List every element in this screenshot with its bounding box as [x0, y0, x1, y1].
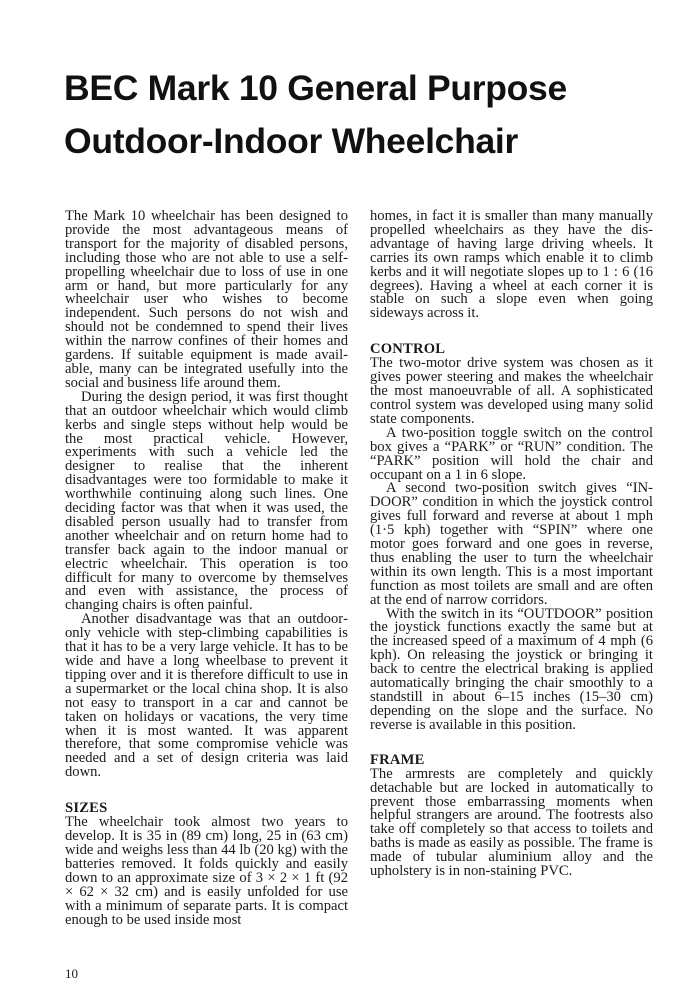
- title-line-1: BEC Mark 10 General Purpose: [64, 68, 567, 108]
- control-paragraph: The two-motor drive system was chosen as…: [370, 357, 653, 427]
- outdoor-paragraph: With the switch in its “OUTDOOR” positio…: [370, 608, 653, 733]
- frame-paragraph: The armrests are completely and quickly …: [370, 768, 653, 879]
- page-title: BEC Mark 10 General Purpose Outdoor-Indo…: [64, 62, 567, 168]
- design-period-paragraph: During the design period, it was first t…: [65, 391, 348, 614]
- sizes-paragraph: The wheelchair took almost two years to …: [65, 816, 348, 927]
- left-column: The Mark 10 wheelchair has been designed…: [65, 210, 348, 927]
- page-number: 10: [65, 966, 78, 982]
- toggle-switch-paragraph: A two-position toggle switch on the cont…: [370, 427, 653, 483]
- second-switch-paragraph: A second two-position switch gives “IN­D…: [370, 482, 653, 607]
- right-column: homes, in fact it is smaller than many m…: [370, 210, 653, 879]
- title-line-2: Outdoor-Indoor Wheelchair: [64, 121, 518, 161]
- intro-paragraph: The Mark 10 wheelchair has been designed…: [65, 210, 348, 391]
- disadvantage-paragraph: Another disadvantage was that an outdoor…: [65, 613, 348, 780]
- sizes-continued-paragraph: homes, in fact it is smaller than many m…: [370, 210, 653, 321]
